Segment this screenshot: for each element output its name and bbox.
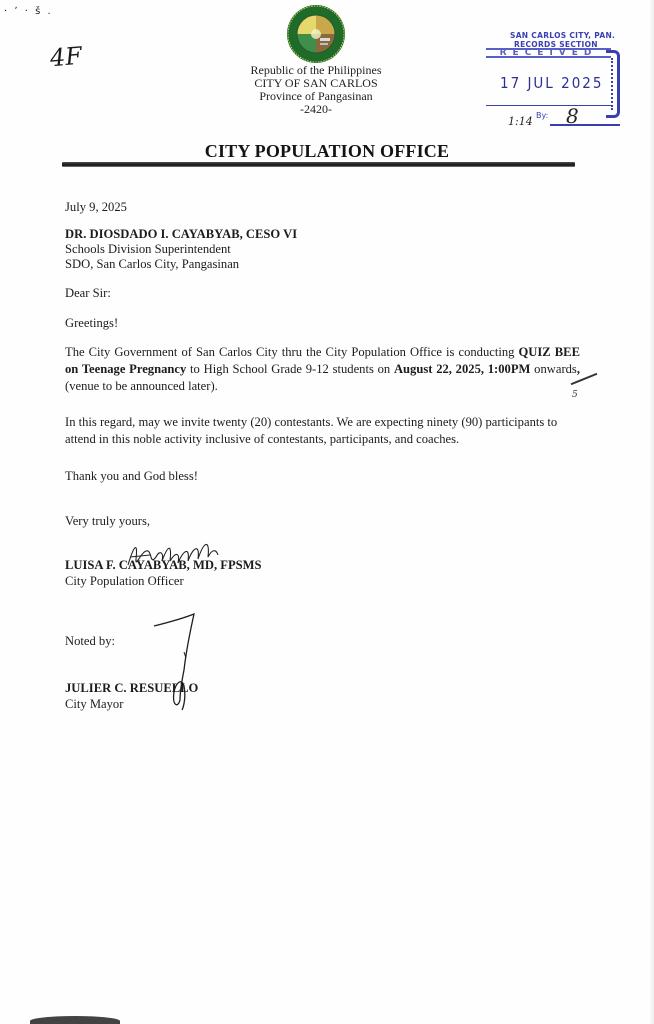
recipient-title: Schools Division Superintendent	[65, 242, 297, 257]
received-stamp: SAN CARLOS CITY, PAN. RECORDS SECTION RE…	[478, 28, 622, 128]
noter-block: JULIER C. RESUELLO City Mayor	[65, 680, 198, 712]
letter-date: July 9, 2025	[65, 199, 127, 216]
scan-smudge	[30, 1016, 120, 1024]
signatory-name: LUISA F. CAYABYAB, MD, FPSMS	[65, 557, 262, 573]
noter-position: City Mayor	[65, 696, 198, 712]
corner-specks: · ʼ · š .	[4, 6, 53, 17]
stamp-received-label: RECEIVED	[486, 48, 611, 58]
signatory-block: LUISA F. CAYABYAB, MD, FPSMS City Popula…	[65, 557, 262, 589]
paragraph-invitation: In this regard, may we invite twenty (20…	[65, 414, 580, 448]
handwritten-note: 4F	[49, 42, 83, 73]
stamp-date: 17 JUL 2025	[500, 74, 603, 92]
stamp-line-city: SAN CARLOS CITY, PAN.	[510, 31, 615, 40]
title-divider	[62, 162, 575, 167]
letterhead: Republic of the Philippines CITY OF SAN …	[200, 64, 432, 116]
event-datetime: August 22, 2025, 1:00PM	[394, 362, 530, 376]
para1-text-3: onwards	[530, 362, 576, 376]
salutation: Dear Sir:	[65, 285, 111, 302]
recipient-block: DR. DIOSDADO I. CAYABYAB, CESO VI School…	[65, 227, 297, 272]
margin-mark-number: 5	[572, 390, 578, 400]
valediction: Very truly yours,	[65, 513, 150, 530]
letter-page: · ʼ · š . 4F Republic of the Philippines…	[0, 0, 654, 1024]
office-title: CITY POPULATION OFFICE	[0, 141, 654, 162]
stamp-time: 1:14	[508, 115, 533, 128]
para1-comma: ,	[577, 362, 580, 376]
closing-line: Thank you and God bless!	[65, 468, 198, 485]
stamp-by-label: By:	[536, 111, 548, 120]
greeting: Greetings!	[65, 315, 118, 332]
para1-text-2: to High School Grade 9-12 students on	[186, 362, 394, 376]
signatory-position: City Population Officer	[65, 573, 262, 589]
paragraph-event: The City Government of San Carlos City t…	[65, 344, 580, 395]
stamp-initial: 8	[566, 104, 579, 128]
noted-by-label: Noted by:	[65, 633, 115, 650]
para1-text-1: The City Government of San Carlos City t…	[65, 345, 519, 359]
para1-text-4: (venue to be announced later).	[65, 379, 218, 393]
letterhead-zip: -2420-	[200, 103, 432, 116]
stamp-rule	[486, 105, 612, 106]
stamp-by-line	[550, 124, 620, 126]
city-seal-icon	[286, 4, 346, 64]
noter-name: JULIER C. RESUELLO	[65, 680, 198, 696]
stamp-bracket-inner	[609, 58, 613, 110]
recipient-name: DR. DIOSDADO I. CAYABYAB, CESO VI	[65, 227, 297, 242]
recipient-office: SDO, San Carlos City, Pangasinan	[65, 257, 297, 272]
